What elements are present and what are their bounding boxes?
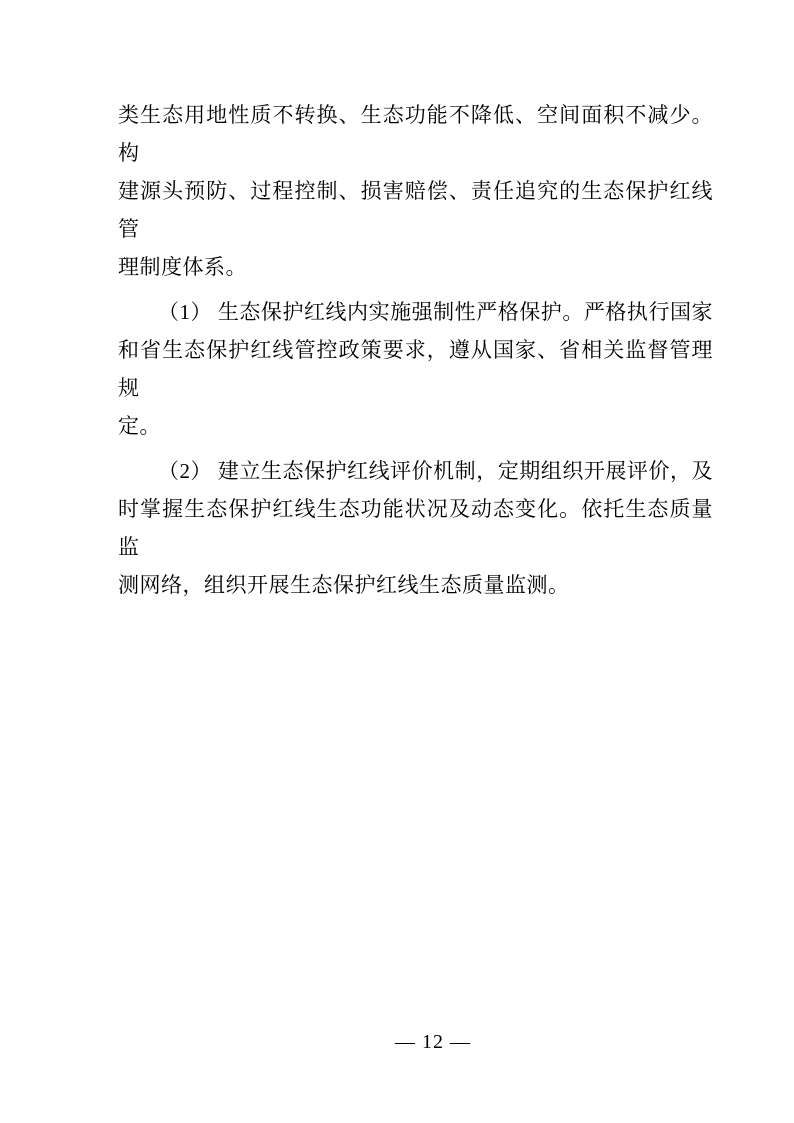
page-number: — 12 — bbox=[395, 1031, 471, 1053]
text-line: 理制度体系。 bbox=[118, 248, 713, 286]
text-line: 定。 bbox=[118, 407, 713, 445]
text-line: 测网络，组织开展生态保护红线生态质量监测。 bbox=[118, 566, 713, 604]
paragraph-intro: 类生态用地性质不转换、生态功能不降低、空间面积不减少。构 建源头预防、过程控制、… bbox=[118, 96, 713, 286]
text-line: 类生态用地性质不转换、生态功能不降低、空间面积不减少。构 bbox=[118, 96, 713, 172]
text-line: 时掌握生态保护红线生态功能状况及动态变化。依托生态质量监 bbox=[118, 490, 713, 566]
page-footer: — 12 — bbox=[36, 1030, 794, 1054]
text-line: （2） 建立生态保护红线评价机制，定期组织开展评价，及 bbox=[118, 452, 713, 490]
text-line: 建源头预防、过程控制、损害赔偿、责任追究的生态保护红线管 bbox=[118, 172, 713, 248]
paragraph-item-1: （1） 生态保护红线内实施强制性严格保护。严格执行国家 和省生态保护红线管控政策… bbox=[118, 293, 713, 445]
text-line: （1） 生态保护红线内实施强制性严格保护。严格执行国家 bbox=[118, 293, 713, 331]
text-line: 和省生态保护红线管控政策要求，遵从国家、省相关监督管理规 bbox=[118, 331, 713, 407]
document-body: 类生态用地性质不转换、生态功能不降低、空间面积不减少。构 建源头预防、过程控制、… bbox=[118, 96, 713, 604]
document-page: 类生态用地性质不转换、生态功能不降低、空间面积不减少。构 建源头预防、过程控制、… bbox=[0, 0, 794, 1123]
paragraph-item-2: （2） 建立生态保护红线评价机制，定期组织开展评价，及 时掌握生态保护红线生态功… bbox=[118, 452, 713, 604]
